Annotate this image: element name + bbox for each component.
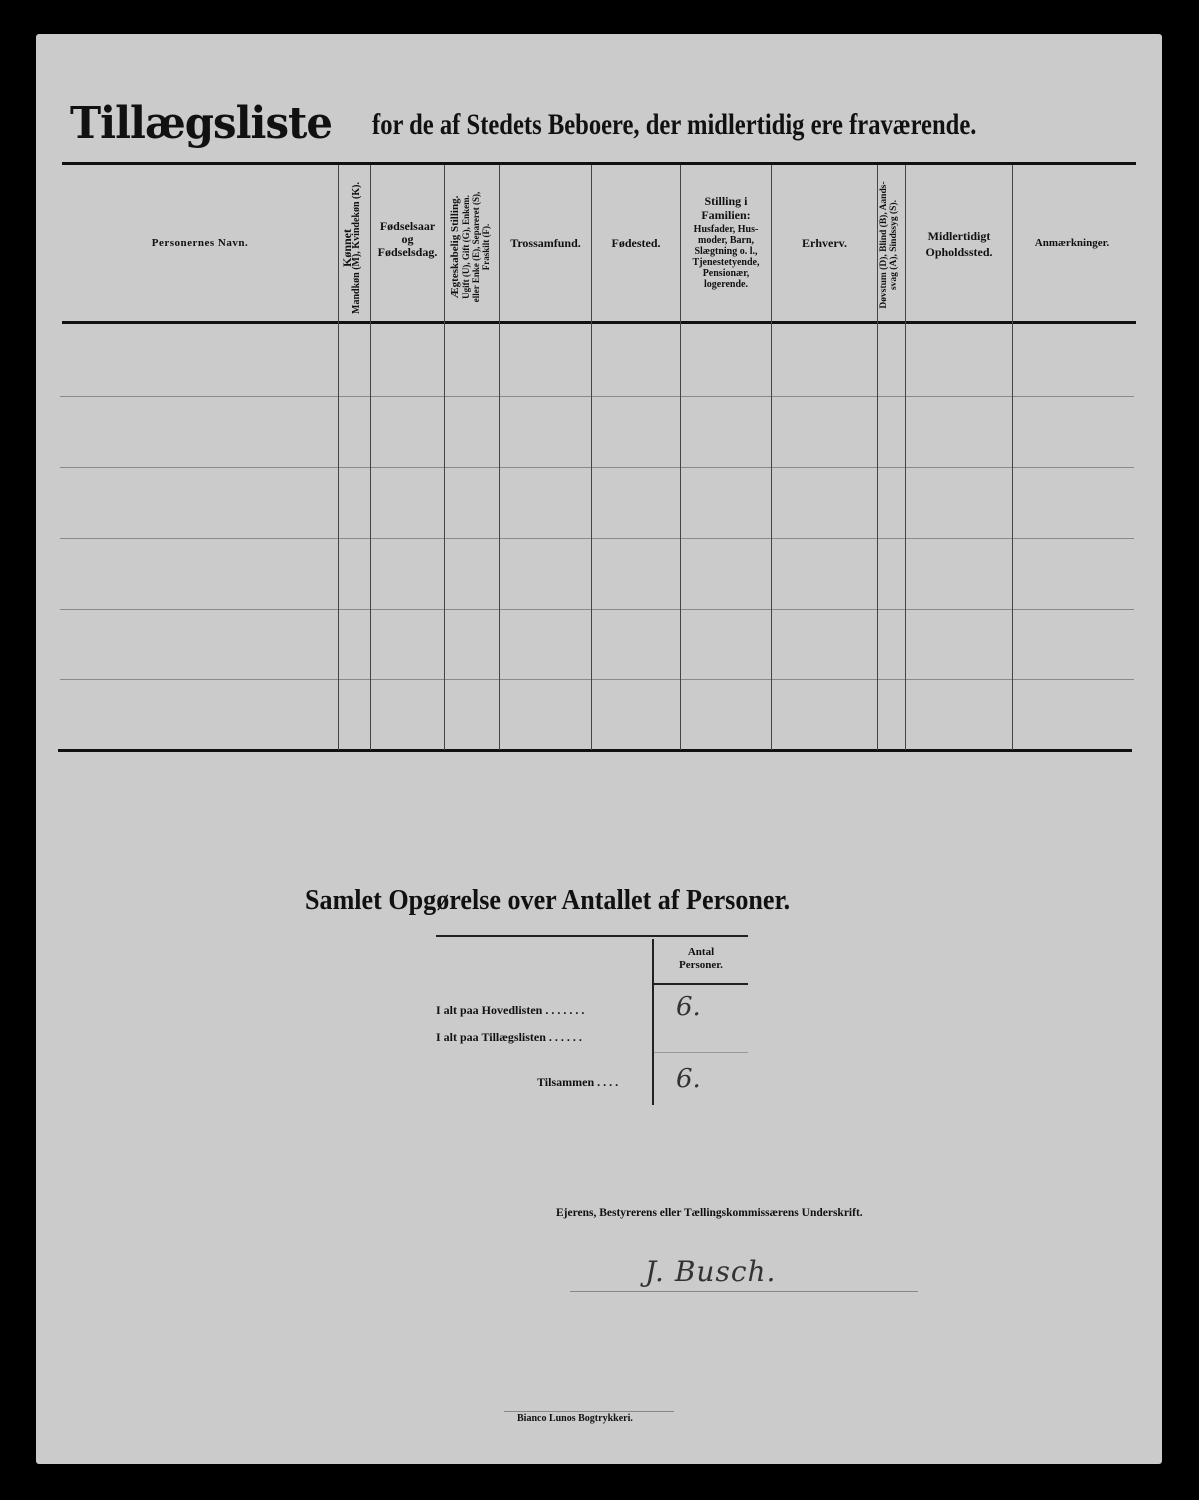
- signature-label: Ejerens, Bestyrerens eller Tællingskommi…: [556, 1207, 863, 1219]
- summary-top-rule: [436, 935, 748, 937]
- table-header-rule: [62, 321, 1136, 324]
- col-divider: [1012, 165, 1013, 750]
- signature-handwritten: J. Busch.: [645, 1255, 776, 1288]
- header-erhverv: Erhverv.: [772, 237, 877, 250]
- summary-value-tilsammen: 6.: [676, 1064, 701, 1094]
- header-kjon: Kønnet Mandkøn (M), Kvindekøn (K).: [342, 178, 366, 318]
- header-trossamfund: Trossamfund.: [500, 237, 591, 250]
- printer-imprint: Bianco Lunos Bogtrykkeri.: [517, 1413, 633, 1424]
- header-personernes-navn: Personernes Navn.: [62, 237, 338, 250]
- form-title: Tillægsliste for de af Stedets Beboere, …: [70, 98, 1130, 149]
- col-divider: [771, 165, 772, 750]
- header-midlertidigt-opholdssted: Midlertidigt Opholdssted.: [906, 228, 1012, 260]
- printer-rule: [504, 1411, 674, 1412]
- table-bottom-rule: [58, 749, 1132, 752]
- col-divider: [444, 165, 445, 750]
- table-row-divider: [60, 467, 1134, 468]
- table-top-rule: [62, 162, 1136, 165]
- table-row-divider: [60, 396, 1134, 397]
- col-divider: [499, 165, 500, 750]
- header-fodselsaar: Fødselsaar og Fødselsdag.: [371, 220, 444, 259]
- header-stilling-i-familien: Stilling i Familien: Husfader, Hus- mode…: [681, 194, 771, 290]
- header-aegteskabelig-stilling: Ægteskabelig Stilling. Ugift (U), Gift (…: [449, 172, 495, 322]
- summary-column-header: Antal Personer.: [654, 946, 748, 972]
- summary-title: Samlet Opgørelse over Antallet af Person…: [305, 884, 790, 917]
- form-title-subtitle: for de af Stedets Beboere, der midlertid…: [372, 108, 976, 142]
- summary-label-tilsammen: Tilsammen . . . .: [537, 1075, 618, 1090]
- summary-header-rule: [654, 983, 748, 985]
- table-row-divider: [60, 538, 1134, 539]
- header-fodested: Fødested.: [592, 237, 680, 250]
- col-divider: [591, 165, 592, 750]
- summary-value-hovedlisten: 6.: [676, 992, 701, 1022]
- summary-label-tillaegslisten: I alt paa Tillægslisten . . . . . .: [436, 1030, 582, 1045]
- header-dovstum-blind: Døvstum (D), Blind (B), Aands- svag (A),…: [879, 170, 903, 320]
- table-row-divider: [60, 609, 1134, 610]
- header-anmaerkninger: Anmærkninger.: [1013, 237, 1131, 250]
- form-title-main: Tillægsliste: [70, 98, 332, 149]
- summary-row-divider: [654, 1052, 748, 1053]
- col-divider: [338, 165, 339, 750]
- summary-label-hovedlisten: I alt paa Hovedlisten . . . . . . .: [436, 1003, 584, 1018]
- signature-line: [570, 1291, 918, 1292]
- col-divider: [877, 165, 878, 750]
- table-row-divider: [60, 679, 1134, 680]
